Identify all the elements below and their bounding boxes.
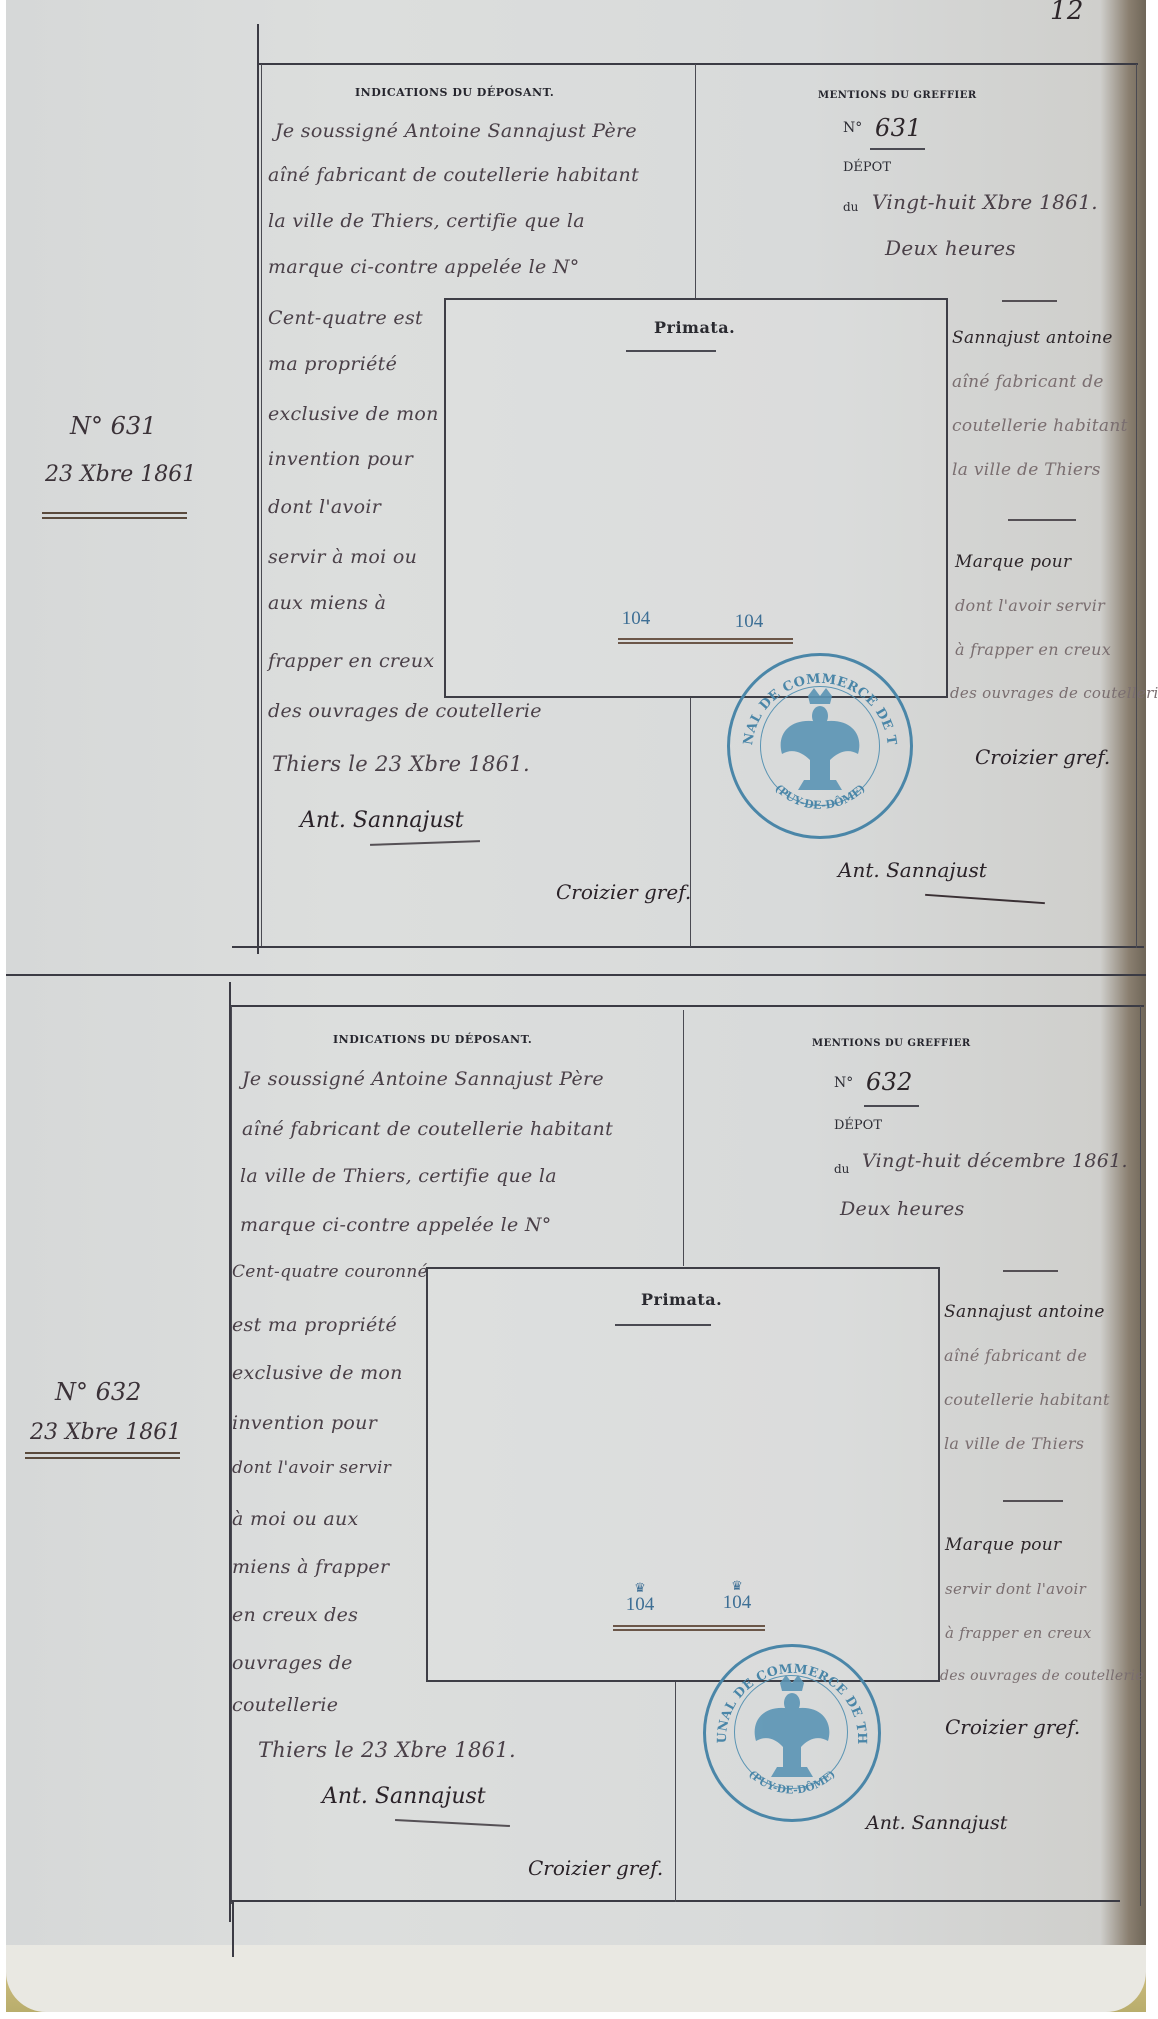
form-right-rule [1136, 64, 1137, 948]
title-rule [626, 350, 716, 352]
clerk-column-clerk-signature: Croizier gref. [945, 1715, 1080, 1739]
clerk-mark-line: servir dont l'avoir [945, 1580, 1086, 1598]
column-divider [690, 697, 691, 947]
clerk-mark-line: à frapper en creux [955, 640, 1111, 659]
court-stamp: TRIBUNAL DE COMMERCE DE THIERS (PUY-DE-D… [703, 1644, 881, 1822]
margin-note-number: N° 631 [70, 412, 156, 440]
clerk-mark-line: des ouvrages de coutellerie [950, 684, 1158, 702]
clerk-owner-line: coutellerie habitant [952, 416, 1128, 436]
depositor-line: marque ci-contre appelée le N° [268, 256, 580, 278]
depositor-line: Cent-quatre couronné [232, 1262, 428, 1282]
depositor-line: invention pour [268, 448, 413, 470]
depositor-line: Je soussigné Antoine Sannajust Père [242, 1068, 604, 1090]
depositor-line: en creux des [232, 1604, 358, 1626]
clerk-signature: Croizier gref. [556, 880, 691, 904]
depositor-signature: Ant. Sannajust [300, 808, 464, 833]
trademark-rule [618, 638, 793, 644]
clerk-owner-line: la ville de Thiers [944, 1434, 1084, 1453]
clerk-owner-line: aîné fabricant de [952, 372, 1104, 392]
trademark-label: ♛ 104 [717, 1580, 757, 1614]
depositor-line: marque ci-contre appelée le N° [240, 1214, 552, 1236]
clerk-header: MENTIONS DU GREFFIER [812, 1038, 971, 1049]
trademark-label: 104 [729, 611, 769, 633]
crowned-eagle-icon: TRIBUNAL DE COMMERCE DE THIERS (PUY-DE-D… [706, 1647, 878, 1819]
depositor-line: aux miens à [268, 592, 386, 614]
deposit-date: Vingt-huit Xbre 1861. [872, 190, 1098, 214]
column-divider [683, 1010, 684, 1266]
margin-note-date: 23 Xbre 1861 [30, 1420, 181, 1445]
column-divider [675, 1680, 676, 1902]
clerk-mark-line: dont l'avoir servir [955, 596, 1105, 615]
clerk-number: 631 [875, 114, 922, 142]
margin-rule [257, 24, 259, 954]
margin-double-rule [25, 1452, 180, 1459]
clerk-owner-line: la ville de Thiers [952, 460, 1101, 480]
clerk-number-label: N° [834, 1075, 853, 1091]
title-rule [615, 1324, 711, 1326]
section-rule [1008, 519, 1076, 521]
form-top-rule [230, 1005, 1144, 1007]
crown-icon: ♛ [620, 1582, 660, 1594]
clerk-signature: Croizier gref. [528, 1856, 663, 1880]
depositor-line: des ouvrages de coutellerie [268, 700, 542, 722]
deposit-label: DÉPOT [843, 160, 891, 175]
clerk-owner-line: Sannajust antoine [944, 1302, 1105, 1322]
trademark-label: ♛ 104 [620, 1582, 660, 1616]
depositor-line: exclusive de mon [268, 403, 439, 425]
form-left-rule [261, 64, 262, 948]
depositor-line: dont l'avoir [268, 496, 381, 518]
section-rule [1003, 1500, 1063, 1502]
deposit-date: Vingt-huit décembre 1861. [862, 1150, 1128, 1172]
crown-icon: ♛ [717, 1580, 757, 1592]
column-divider [695, 64, 696, 298]
deposit-time: Deux heures [840, 1198, 965, 1220]
clerk-mark-line: des ouvrages de coutellerie [940, 1668, 1144, 1684]
number-rule [870, 148, 925, 150]
margin-note-date: 23 Xbre 1861 [45, 462, 196, 487]
depositor-line: est ma propriété [232, 1314, 397, 1336]
clerk-owner-line: aîné fabricant de [944, 1346, 1087, 1365]
depositor-line: ouvrages de [232, 1652, 353, 1674]
crowned-eagle-icon: TRIBUNAL DE COMMERCE DE THIERS (PUY-DE-D… [730, 656, 910, 836]
depositor-line: Cent-quatre est [268, 307, 423, 329]
clerk-owner-line: Sannajust antoine [952, 328, 1113, 348]
deposit-label: DÉPOT [834, 1118, 882, 1133]
depositor-line: coutellerie [232, 1694, 338, 1716]
depositor-place-date: Thiers le 23 Xbre 1861. [272, 752, 530, 776]
depositor-header: INDICATIONS DU DÉPOSANT. [355, 86, 554, 99]
depositor-signature: Ant. Sannajust [322, 1784, 486, 1809]
margin-double-rule [42, 512, 187, 519]
depositor-line: aîné fabricant de coutellerie habitant [268, 164, 639, 186]
depositor-header: INDICATIONS DU DÉPOSANT. [333, 1033, 532, 1046]
form-left-rule [231, 1006, 232, 1904]
section-rule [1003, 1270, 1058, 1272]
depositor-line: frapper en creux [268, 650, 434, 672]
clerk-owner-line: coutellerie habitant [944, 1390, 1110, 1409]
clerk-column-depositor-signature: Ant. Sannajust [838, 858, 987, 882]
depositor-line: ma propriété [268, 353, 397, 375]
section-rule [1002, 300, 1057, 302]
trademark-box [426, 1267, 940, 1682]
trademark-label: 104 [616, 608, 656, 630]
form-top-rule [258, 63, 1138, 65]
depositor-line: Je soussigné Antoine Sannajust Père [275, 120, 637, 142]
depositor-place-date: Thiers le 23 Xbre 1861. [258, 1738, 516, 1762]
deposit-time: Deux heures [885, 236, 1016, 260]
margin-note-number: N° 632 [55, 1378, 141, 1406]
date-label: du [834, 1162, 849, 1176]
clerk-mark-line: à frapper en creux [945, 1624, 1092, 1642]
form-right-rule [1140, 1006, 1141, 1906]
page-bottom-edge [6, 1945, 1146, 2012]
page-number: 12 [1050, 0, 1084, 26]
depositor-line: miens à frapper [232, 1556, 389, 1578]
clerk-header: MENTIONS DU GREFFIER [818, 90, 977, 101]
depositor-line: la ville de Thiers, certifie que la [268, 210, 585, 232]
court-stamp: TRIBUNAL DE COMMERCE DE THIERS (PUY-DE-D… [727, 653, 913, 839]
depositor-line: servir à moi ou [268, 546, 417, 568]
depositor-line: dont l'avoir servir [232, 1458, 391, 1478]
clerk-column-clerk-signature: Croizier gref. [975, 745, 1110, 769]
depositor-line: exclusive de mon [232, 1362, 403, 1384]
depositor-line: invention pour [232, 1412, 377, 1434]
clerk-number: 632 [866, 1068, 913, 1096]
number-rule [864, 1105, 919, 1107]
trademark-title: Primata. [641, 1290, 722, 1309]
trademark-rule [613, 1625, 765, 1631]
date-label: du [843, 200, 858, 214]
clerk-column-depositor-signature: Ant. Sannajust [866, 1812, 1007, 1834]
depositor-line: la ville de Thiers, certifie que la [240, 1165, 557, 1187]
clerk-mark-line: Marque pour [945, 1535, 1061, 1555]
entry-separator [6, 974, 1146, 976]
form-bottom-rule [232, 946, 1144, 948]
margin-rule-tail [232, 1902, 234, 1957]
clerk-number-label: N° [843, 120, 862, 136]
depositor-line: aîné fabricant de coutellerie habitant [242, 1118, 613, 1140]
clerk-mark-line: Marque pour [955, 552, 1071, 572]
depositor-line: à moi ou aux [232, 1508, 359, 1530]
trademark-title: Primata. [654, 318, 735, 337]
